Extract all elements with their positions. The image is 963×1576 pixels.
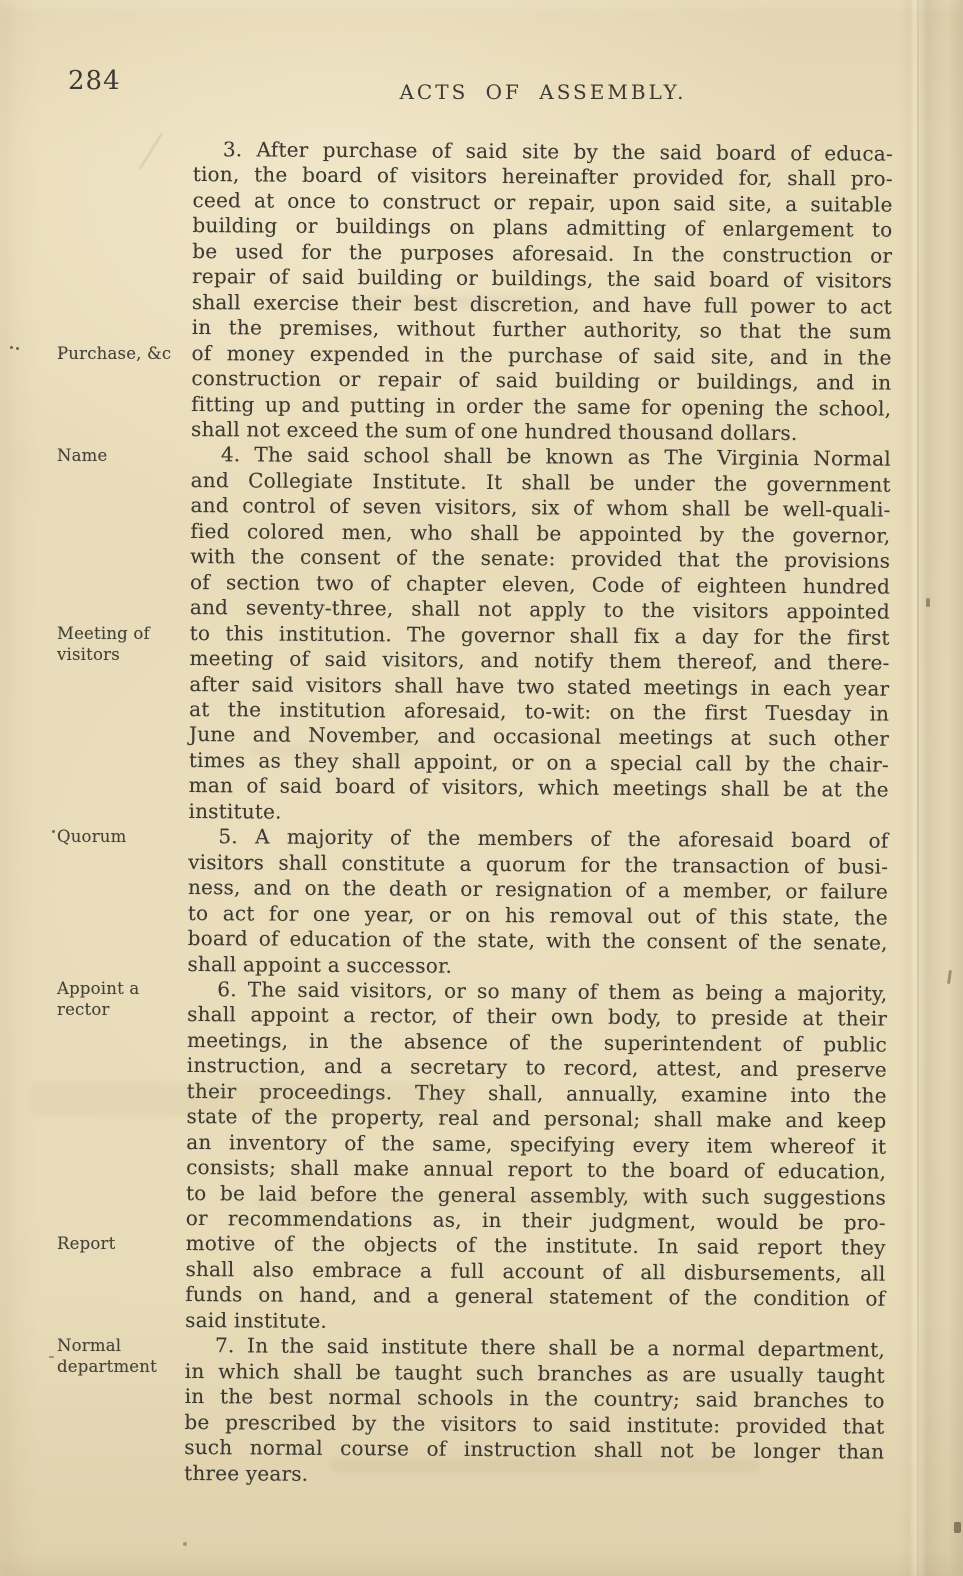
text-line: man of said board of visitors, which mee… (189, 773, 889, 803)
statute-section-3: 3. After purchase of said site by the sa… (191, 137, 893, 447)
text-column: 3. After purchase of said site by the sa… (184, 137, 893, 1491)
page-crease-line (917, 0, 919, 1576)
margin-note-appoint-a-rector: Appoint a rector (57, 978, 175, 1020)
margin-note-report: Report (57, 1233, 175, 1254)
margin-note-quorum: Quorum (57, 826, 175, 847)
statute-section-4: 4. The said school shall be known as The… (188, 442, 891, 828)
paper-crease (139, 133, 163, 170)
margin-note-name: Name (57, 445, 175, 466)
statute-section-5: 5. A majority of the members of the afor… (187, 824, 888, 981)
paper-speck (61, 352, 63, 355)
inkbleed-smudge (255, 1196, 675, 1209)
paper-stain (30, 1082, 470, 1116)
paper-speck (183, 1542, 187, 1546)
text-line: meeting of said visitors, and notify the… (189, 646, 889, 676)
paper-speck (10, 346, 13, 349)
paper-speck (52, 830, 55, 833)
inkbleed-smudge (250, 744, 450, 757)
inkbleed-smudge (330, 1458, 760, 1473)
margin-note-purchase-c: Purchase, &c (57, 343, 175, 364)
book-page: 284 ACTS OF ASSEMBLY. 3. After purchase … (0, 0, 963, 1576)
running-header: ACTS OF ASSEMBLY. (193, 80, 893, 104)
page-fold-shadow (899, 0, 963, 1576)
margin-note-normal-department: Normal department (57, 1335, 175, 1377)
paper-speck (926, 598, 930, 607)
statute-section-6: 6. The said visitors, or so many of them… (185, 977, 887, 1338)
text-line: construction or repair of said building … (191, 366, 891, 396)
inkbleed-smudge (360, 296, 580, 309)
paper-speck (49, 1356, 54, 1358)
page-number: 284 (68, 66, 121, 96)
margin-note-meeting-of-visitors: Meeting of visitors (57, 623, 175, 665)
text-line: board of education of the state, with th… (188, 926, 888, 956)
paper-speck (954, 1522, 961, 1533)
